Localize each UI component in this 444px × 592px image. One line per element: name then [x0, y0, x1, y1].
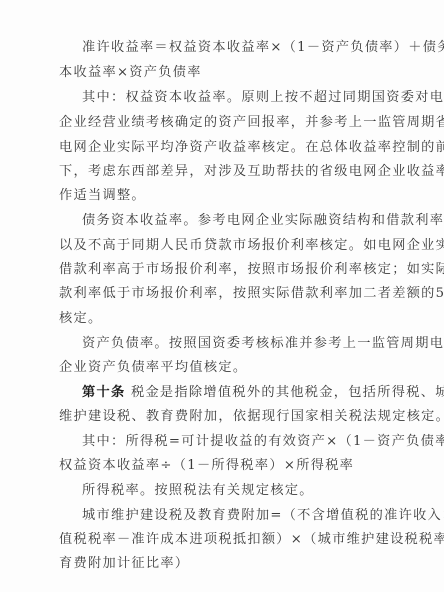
text-line: 企业经营业绩考核确定的资产回报率，并参考上一监管周期省级 — [59, 115, 389, 131]
document-page: 准许收益率＝权益资本收益率×（1－资产负债率）＋债务资 本收益率×资产负债率 其… — [0, 0, 444, 592]
text-line: 借款利率高于市场报价利率，按照市场报价利率核定；如实际借 — [59, 262, 389, 278]
formula-line: 值税税率－准许成本进项税抵扣额）×（城市维护建设税税率+教 — [59, 532, 389, 548]
text-line: 本收益率×资产负债率 — [59, 65, 389, 81]
formula-line: 城市维护建设税及教育费附加=（不含增值税的准许收入×增 — [82, 508, 412, 524]
text-line: 电网企业实际平均净资产收益率核定。在总体收益率控制的前提 — [59, 140, 389, 156]
text-line: 资产负债率。按照国资委考核标准并参考上一监管周期电网 — [82, 336, 412, 352]
text-line: 所得税率。按照税法有关规定核定。 — [82, 483, 412, 499]
text-line: 作适当调整。 — [59, 188, 389, 204]
formula-line: 其中：所得税=可计提收益的有效资产×（1－资产负债率）× — [82, 434, 412, 450]
text-line: 核定。 — [59, 311, 389, 327]
text-line: 其中：权益资本收益率。原则上按不超过同期国资委对电网 — [82, 90, 412, 106]
text-line: 企业资产负债率平均值核定。 — [59, 360, 389, 376]
text-line: 债务资本收益率。参考电网企业实际融资结构和借款利率， — [82, 213, 412, 229]
article-text: 税金是指除增值税外的其他税金，包括所得税、城市 — [125, 385, 444, 400]
text-line: 维护建设税、教育费附加，依据现行国家相关税法规定核定。 — [59, 409, 389, 425]
article-label: 第十条 — [82, 385, 125, 400]
formula-line: 准许收益率＝权益资本收益率×（1－资产负债率）＋债务资 — [82, 40, 412, 56]
formula-line: 育费附加计征比率） — [59, 556, 389, 572]
formula-line: 权益资本收益率÷（1－所得税率）×所得税率 — [59, 458, 389, 474]
article-line: 第十条 税金是指除增值税外的其他税金，包括所得税、城市 — [82, 385, 412, 401]
text-line: 以及不高于同期人民币贷款市场报价利率核定。如电网企业实际 — [59, 238, 389, 254]
text-line: 下，考虑东西部差异，对涉及互助帮扶的省级电网企业收益率可 — [59, 164, 389, 180]
text-line: 款利率低于市场报价利率，按照实际借款利率加二者差额的50% — [59, 286, 389, 302]
